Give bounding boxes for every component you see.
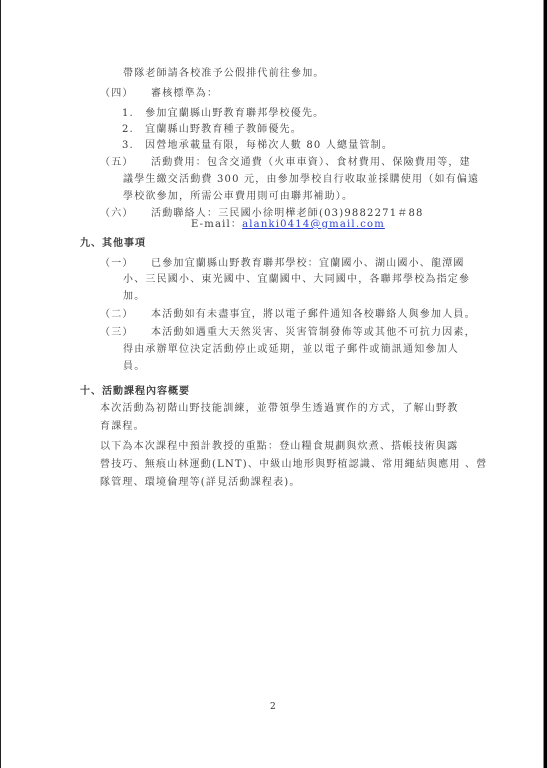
section-9-heading: 九、其他事項 — [80, 238, 146, 250]
document-page: 帶隊老師請各校准予公假排代前往參加。（四） 審核標準為：1. 參加宜蘭縣山野教育… — [0, 0, 543, 768]
email-label: E-mail： — [191, 219, 242, 230]
text-line: （二） 本活動如有未盡事宜，將以電子郵件通知各校聯絡人與參加人員。 — [100, 309, 476, 321]
text-line: 學校欲參加，所需公車費用則可由聯邦補助）。 — [123, 191, 353, 203]
text-line: （一） 已參加宜蘭縣山野教育聯邦學校：宜蘭國小、湖山國小、龍潭國 — [100, 258, 465, 270]
text-line: 以下為本次課程中預計教授的重點：登山糧食規劃與炊煮、搭帳技術與露 — [100, 441, 458, 453]
text-line: 小、三民國小、東光國中、宜蘭國中、大同國中，各聯邦學校為指定參 — [123, 274, 470, 286]
text-line: （三） 本活動如遇重大天然災害、災害管制發佈等或其他不可抗力因素， — [100, 327, 476, 339]
page-number: 2 — [270, 702, 276, 712]
text-line: 員。 — [123, 361, 145, 373]
text-line: （四） 審核標準為： — [100, 88, 218, 100]
section-10-heading: 十、活動課程內容概要 — [80, 386, 190, 398]
email-link[interactable]: alanki0414@gmail.com — [242, 219, 385, 230]
text-line: 隊管理、環境倫理等(詳見活動課程表)。 — [100, 477, 301, 489]
text-line: 1. 參加宜蘭縣山野教育聯邦學校優先。 — [122, 108, 324, 120]
text-line: 營技巧、無痕山林運動(LNT)、中級山地形與野植認識、常用繩結與應用 、營 — [100, 459, 487, 471]
text-line: 議學生繳交活動費 300 元，由參加學校自行收取並採購使用（如有偏遠 — [123, 174, 479, 186]
text-line: 3. 因營地承載量有限，每梯次人數 80 人總量管制。 — [122, 140, 393, 152]
email-line: E-mail：alanki0414@gmail.com — [191, 219, 385, 231]
text-line: （五） 活動費用：包含交通費（火車車資）、食材費用、保險費用等，建 — [100, 157, 471, 169]
text-line: 帶隊老師請各校准予公假排代前往參加。 — [123, 68, 325, 80]
text-line: 本次活動為初階山野技能訓練，並帶領學生透過實作的方式，了解山野教 — [100, 403, 458, 415]
text-line: 育課程。 — [100, 421, 145, 433]
text-line: 得由承辦單位決定活動停止或延期，並以電子郵件或簡訊通知參加人 — [123, 344, 459, 356]
text-line: 加。 — [123, 291, 145, 303]
text-line: 2. 宜蘭縣山野教育種子教師優先。 — [122, 124, 302, 136]
